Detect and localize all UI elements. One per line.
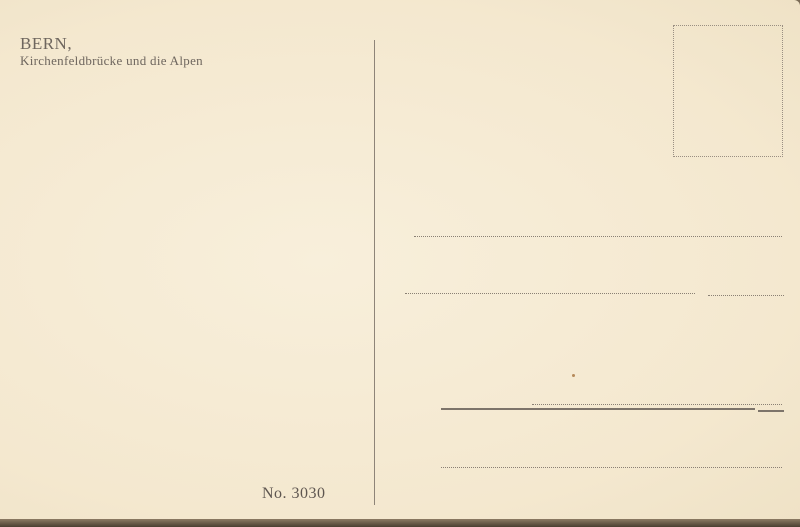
- card-title: BERN,: [20, 34, 72, 54]
- address-line-3: [441, 408, 755, 410]
- address-line-3-dots: [532, 404, 782, 405]
- address-line-2: [405, 293, 695, 294]
- address-line-3b: [758, 410, 784, 412]
- address-line-4: [441, 467, 782, 468]
- center-divider: [374, 40, 375, 505]
- card-edge-shadow: [0, 519, 800, 527]
- postcard-back: BERN, Kirchenfeldbrücke und die Alpen No…: [0, 0, 800, 521]
- catalog-number: No. 3030: [262, 485, 326, 503]
- address-line-1: [414, 236, 782, 237]
- card-caption: Kirchenfeldbrücke und die Alpen: [20, 53, 203, 69]
- foxing-spot: [572, 374, 575, 377]
- address-line-2b: [708, 295, 784, 296]
- stamp-box: [673, 25, 783, 157]
